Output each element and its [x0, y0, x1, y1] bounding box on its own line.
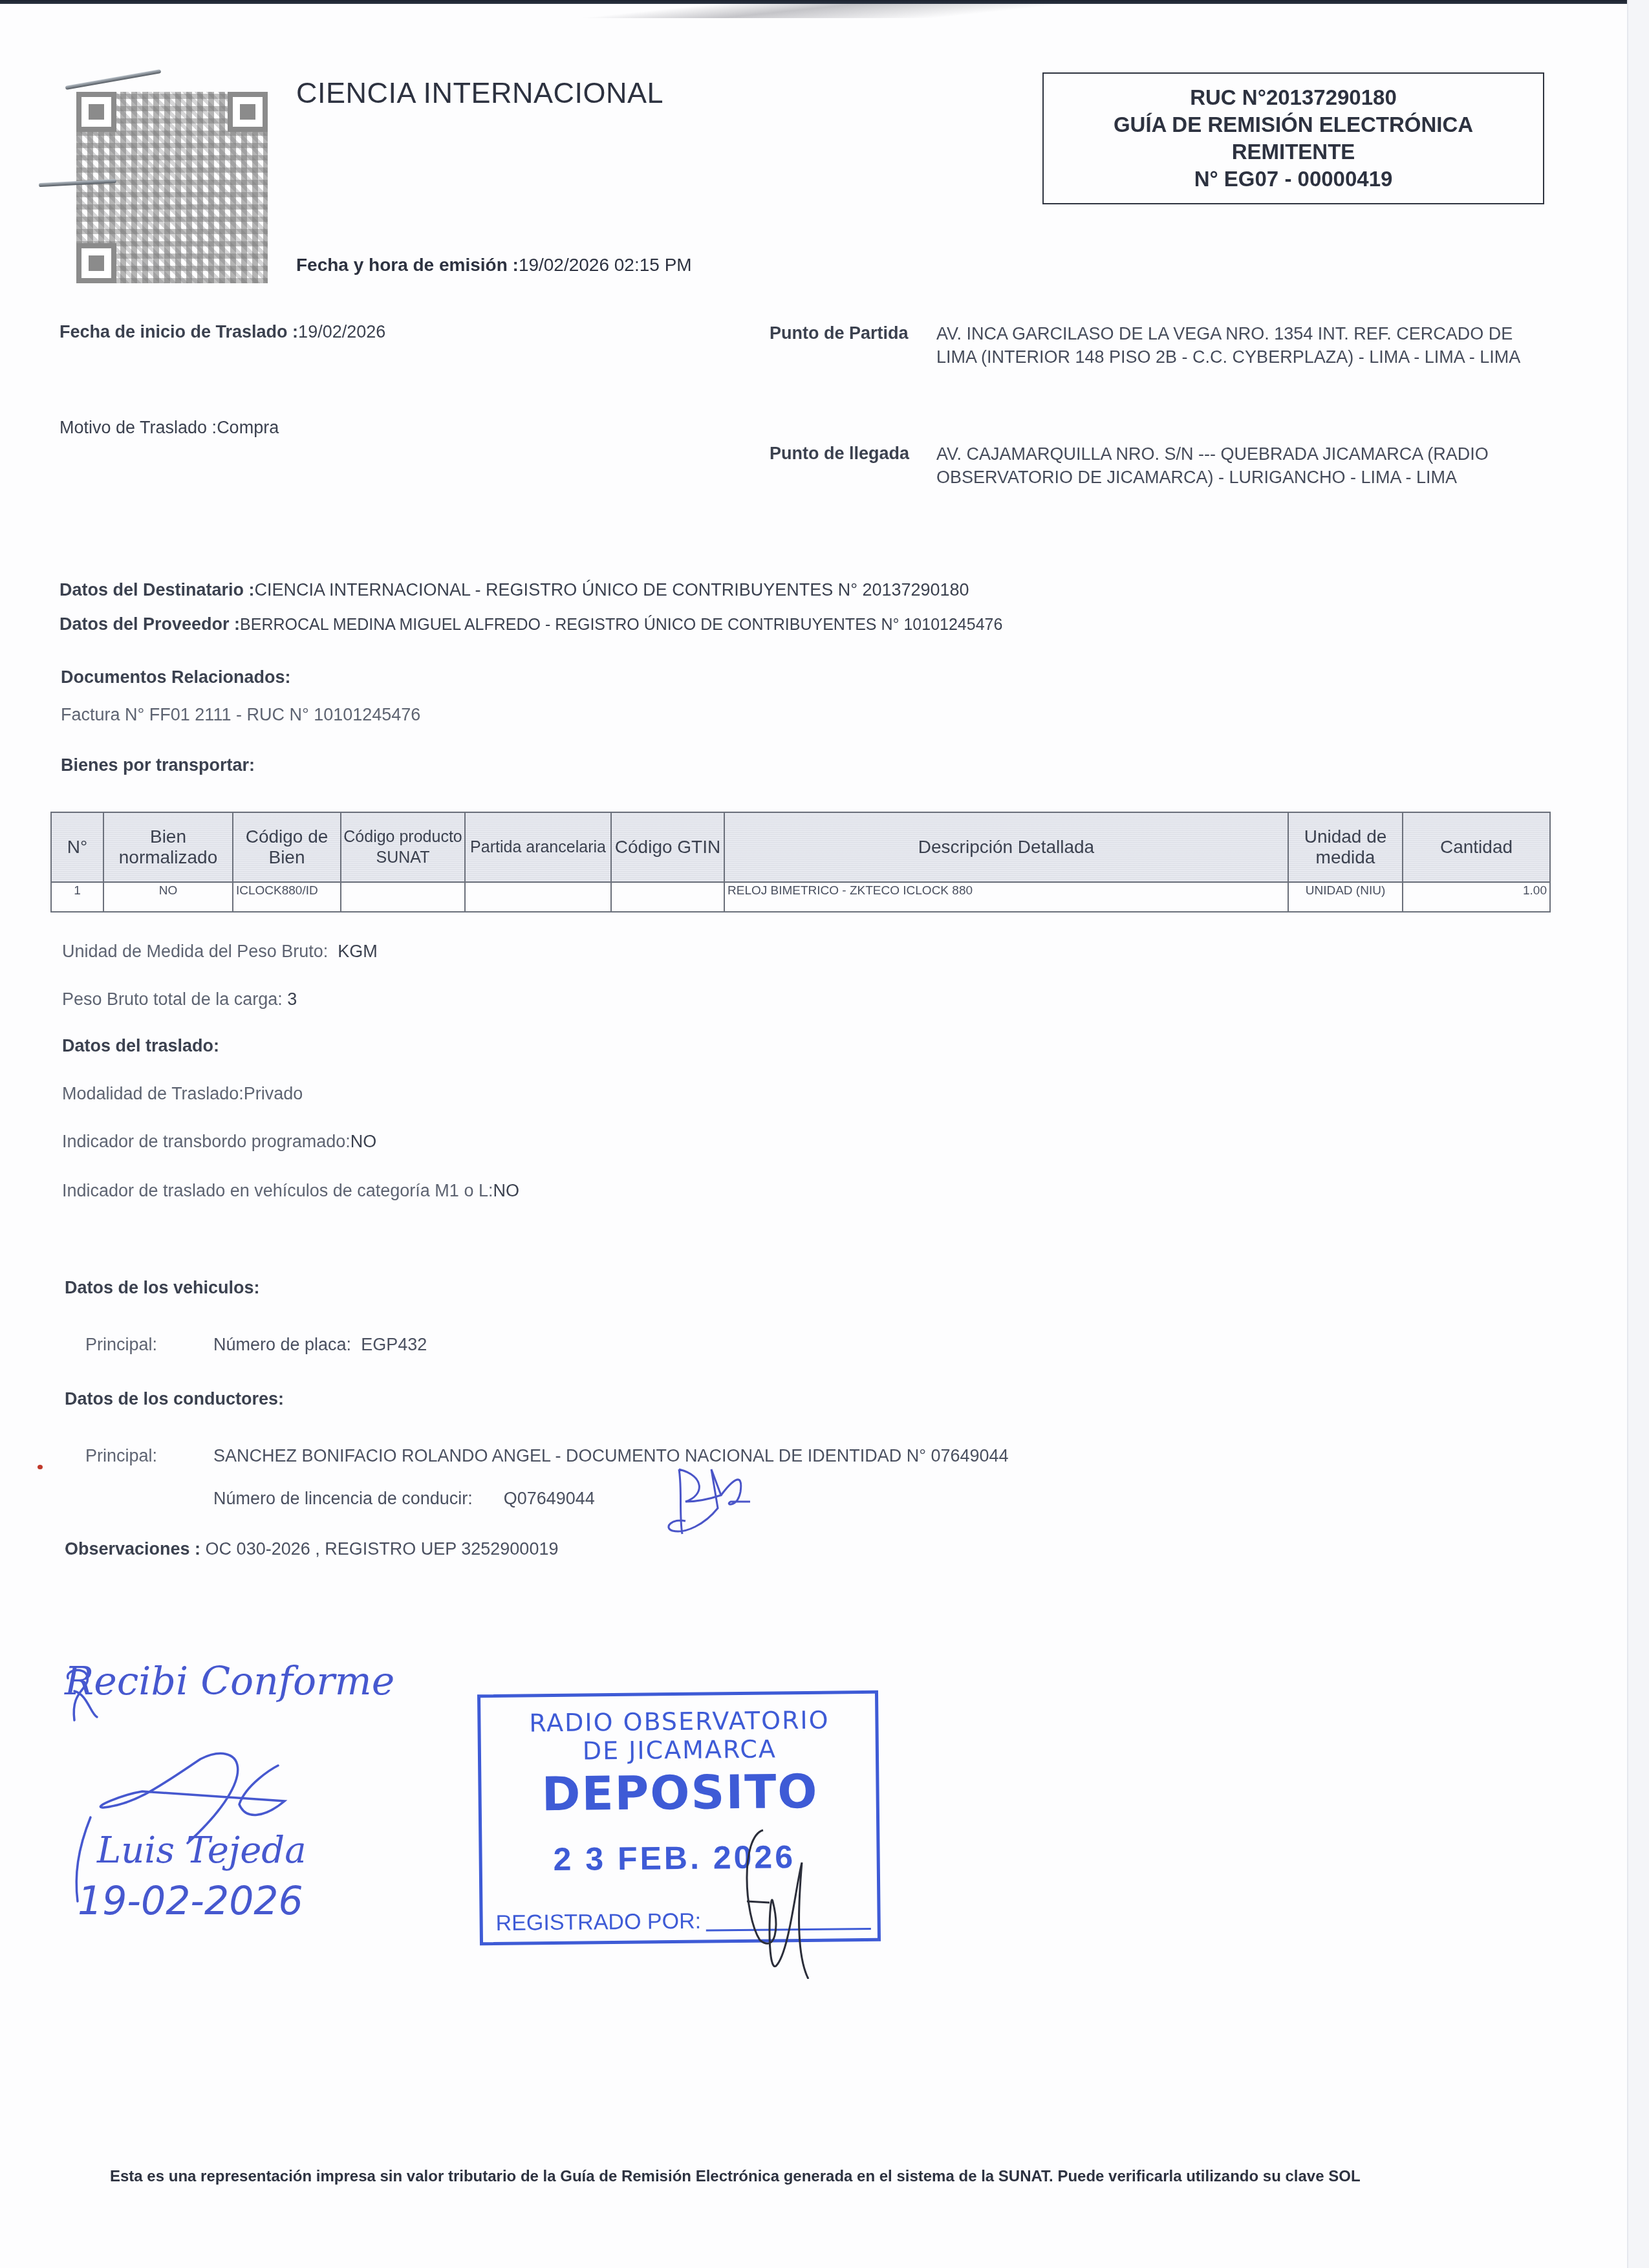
- drivers-label: Datos de los conductores:: [65, 1389, 284, 1409]
- license-value: Q07649044: [504, 1489, 595, 1508]
- related-docs-heading: Documentos Relacionados:: [61, 667, 291, 687]
- weight-total-label: Peso Bruto total de la carga:: [62, 989, 283, 1009]
- document-subtype: REMITENTE: [1232, 138, 1355, 166]
- destinatario-value: CIENCIA INTERNACIONAL - REGISTRO ÚNICO D…: [255, 580, 969, 599]
- stamp-line-2: DE JICAMARCA: [495, 1734, 864, 1766]
- drivers-heading: Datos de los conductores:: [65, 1389, 284, 1409]
- cell-gtin: [611, 882, 724, 912]
- ink-dot: [38, 1465, 43, 1469]
- cell-descripcion: RELOJ BIMETRICO - ZKTECO ICLOCK 880: [724, 882, 1288, 912]
- company-name: CIENCIA INTERNACIONAL: [296, 76, 663, 110]
- transbordo: Indicador de transbordo programado:NO: [62, 1132, 376, 1152]
- destinatario-label: Datos del Destinatario :: [59, 580, 255, 599]
- col-header-partida: Partida arancelaria: [465, 812, 611, 882]
- plate-value: EGP432: [361, 1335, 427, 1354]
- driver-name: SANCHEZ BONIFACIO ROLANDO ANGEL - DOCUME…: [213, 1446, 1009, 1466]
- cell-bien-normalizado: NO: [103, 882, 233, 912]
- table-row: 1 NO ICLOCK880/ID RELOJ BIMETRICO - ZKTE…: [51, 882, 1550, 912]
- receiver-name-text: Luis Tejeda: [96, 1830, 307, 1872]
- received-text: Recibi Conforme: [64, 1659, 394, 1704]
- partida-label: Punto de Partida: [770, 323, 909, 343]
- modalidad: Modalidad de Traslado:Privado: [62, 1084, 303, 1104]
- col-header-codigo-bien: Código de Bien: [233, 812, 341, 882]
- staple-mark: [65, 69, 162, 90]
- emission-value: 19/02/2026 02:15 PM: [519, 255, 692, 275]
- proveedor-value: BERROCAL MEDINA MIGUEL ALFREDO - REGISTR…: [240, 616, 1002, 634]
- cell-cantidad: 1.00: [1403, 882, 1550, 912]
- vehicle-principal-label: Principal:: [85, 1335, 157, 1355]
- qr-finder-icon: [76, 243, 116, 283]
- weight-unit-value: KGM: [338, 942, 378, 961]
- qr-finder-icon: [228, 92, 268, 132]
- start-date-label: Fecha de inicio de Traslado :: [59, 322, 298, 341]
- start-date: Fecha de inicio de Traslado :19/02/2026: [59, 322, 385, 342]
- proveedor-label: Datos del Proveedor :: [59, 614, 240, 634]
- transfer-label: Datos del traslado:: [62, 1036, 219, 1055]
- ruc-number: RUC N°20137290180: [1190, 84, 1397, 111]
- col-header-bien-normalizado: Bien normalizado: [103, 812, 233, 882]
- col-header-gtin: Código GTIN: [611, 812, 724, 882]
- handwritten-receipt: Recibi Conforme Luis Tejeda 19-02-2026: [52, 1656, 414, 1934]
- cell-codigo-bien: ICLOCK880/ID: [233, 882, 341, 912]
- col-header-codigo-sunat: Código producto SUNAT: [341, 812, 465, 882]
- weight-total-value: 3: [287, 989, 297, 1009]
- driver-signature-icon: [660, 1463, 782, 1540]
- vehicles-heading: Datos de los vehiculos:: [65, 1278, 260, 1298]
- cell-partida: [465, 882, 611, 912]
- received-date-text: 19-02-2026: [78, 1879, 303, 1924]
- llegada-address: AV. CAJAMARQUILLA NRO. S/N --- QUEBRADA …: [936, 442, 1551, 489]
- m1l-indicator: Indicador de traslado en vehículos de ca…: [62, 1181, 519, 1201]
- goods-heading: Bienes por transportar:: [61, 755, 255, 775]
- scan-border-right: [1627, 0, 1649, 2268]
- observations-label: Observaciones :: [65, 1539, 200, 1559]
- goods-table: N° Bien normalizado Código de Bien Códig…: [50, 812, 1551, 913]
- motive-value: Compra: [217, 418, 279, 437]
- llegada-label: Punto de llegada: [770, 444, 909, 464]
- table-header-row: N° Bien normalizado Código de Bien Códig…: [51, 812, 1550, 882]
- col-header-unidad: Unidad de medida: [1288, 812, 1403, 882]
- destinatario: Datos del Destinatario :CIENCIA INTERNAC…: [59, 580, 969, 600]
- vehicles-label: Datos de los vehiculos:: [65, 1278, 260, 1297]
- weight-total: Peso Bruto total de la carga: 3: [62, 989, 297, 1010]
- transfer-heading: Datos del traslado:: [62, 1036, 219, 1056]
- motive-label: Motivo de Traslado :: [59, 418, 217, 437]
- deposit-stamp: RADIO OBSERVATORIO DE JICAMARCA DEPOSITO…: [477, 1690, 881, 1945]
- vehicle-plate: Número de placa: EGP432: [213, 1335, 427, 1355]
- qr-code: [76, 92, 268, 283]
- weight-unit-label: Unidad de Medida del Peso Bruto:: [62, 942, 328, 961]
- modalidad-value: Privado: [244, 1084, 303, 1103]
- qr-finder-icon: [76, 92, 116, 132]
- ruc-box: RUC N°20137290180 GUÍA DE REMISIÓN ELECT…: [1042, 72, 1544, 204]
- emission-label: Fecha y hora de emisión :: [296, 255, 519, 275]
- license-label: Número de lincencia de conducir:: [213, 1489, 473, 1508]
- related-docs-value: Factura N° FF01 2111 - RUC N° 1010124547…: [61, 705, 420, 725]
- m1l-value: NO: [493, 1181, 519, 1200]
- driver-principal-label: Principal:: [85, 1446, 157, 1466]
- observations-value: OC 030-2026 , REGISTRO UEP 3252900019: [206, 1539, 559, 1559]
- motive: Motivo de Traslado :Compra: [59, 418, 279, 438]
- modalidad-label: Modalidad de Traslado:: [62, 1084, 244, 1103]
- stamp-signature-icon: [737, 1824, 815, 1979]
- stamp-registered-by: REGISTRADO POR:: [495, 1909, 701, 1936]
- col-header-cantidad: Cantidad: [1403, 812, 1550, 882]
- proveedor: Datos del Proveedor :BERROCAL MEDINA MIG…: [59, 614, 1002, 634]
- driver-license: Número de lincencia de conducir:Q0764904…: [213, 1489, 595, 1509]
- start-date-value: 19/02/2026: [298, 322, 385, 341]
- related-docs-label: Documentos Relacionados:: [61, 667, 291, 687]
- stamp-deposit: DEPOSITO: [495, 1764, 865, 1822]
- scan-paper-edge: [0, 4, 1649, 18]
- col-header-number: N°: [51, 812, 103, 882]
- observations: Observaciones : OC 030-2026 , REGISTRO U…: [65, 1539, 558, 1559]
- transbordo-value: NO: [350, 1132, 377, 1151]
- handwritten-signature-icon: Recibi Conforme Luis Tejeda 19-02-2026: [52, 1656, 414, 1934]
- col-header-descripcion: Descripción Detallada: [724, 812, 1288, 882]
- transbordo-label: Indicador de transbordo programado:: [62, 1132, 350, 1151]
- cell-codigo-sunat: [341, 882, 465, 912]
- stamp-line-1: RADIO OBSERVATORIO: [495, 1705, 863, 1738]
- partida-address: AV. INCA GARCILASO DE LA VEGA NRO. 1354 …: [936, 322, 1551, 369]
- goods-label: Bienes por transportar:: [61, 755, 255, 775]
- plate-label: Número de placa:: [213, 1335, 351, 1354]
- emission-datetime: Fecha y hora de emisión :19/02/2026 02:1…: [296, 255, 692, 275]
- document-number: N° EG07 - 00000419: [1194, 166, 1393, 193]
- m1l-label: Indicador de traslado en vehículos de ca…: [62, 1181, 493, 1200]
- document-type: GUÍA DE REMISIÓN ELECTRÓNICA: [1114, 111, 1473, 138]
- cell-unidad: UNIDAD (NIU): [1288, 882, 1403, 912]
- cell-number: 1: [51, 882, 103, 912]
- weight-unit: Unidad de Medida del Peso Bruto: KGM: [62, 942, 378, 962]
- footer-disclaimer: Esta es una representación impresa sin v…: [110, 2168, 1361, 2186]
